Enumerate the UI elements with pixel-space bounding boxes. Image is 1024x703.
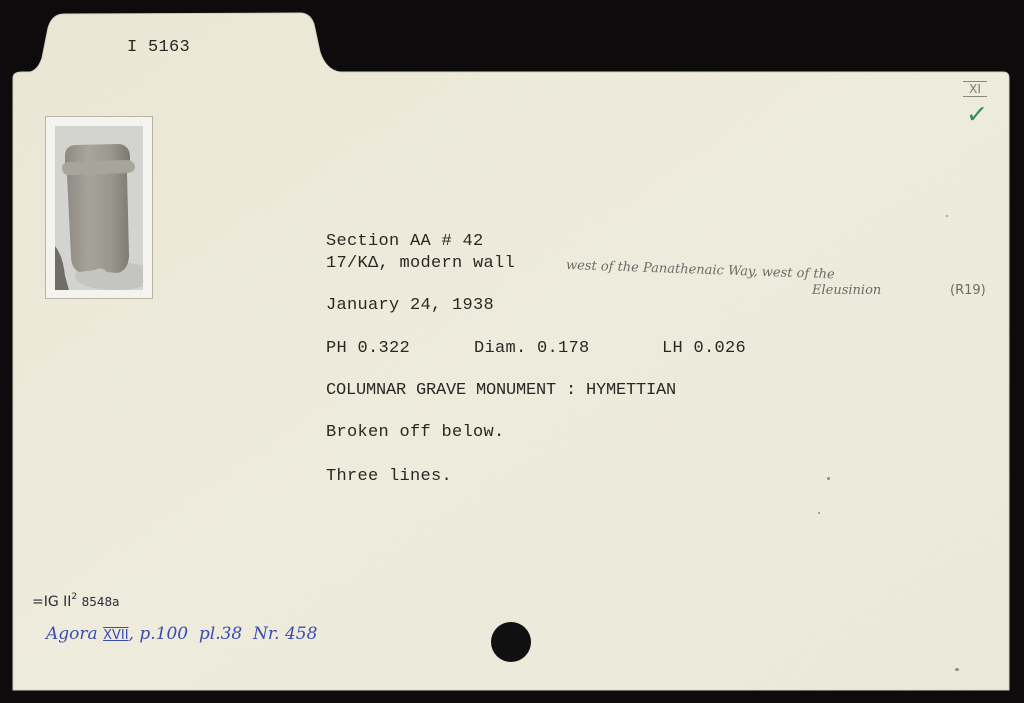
ph-measurement: PH 0.322 bbox=[326, 339, 410, 359]
index-card: I 5163 XI ✓ bbox=[0, 0, 1024, 703]
agora-volume: XVII bbox=[103, 628, 128, 643]
paper-speck bbox=[946, 215, 948, 217]
section-line: Section AA # 42 bbox=[326, 232, 484, 252]
section-number: Section AA # 42 bbox=[326, 232, 484, 251]
ig-ref-number: 8548a bbox=[82, 595, 120, 609]
object-title: COLUMNAR GRAVE MONUMENT : HYMETTIAN bbox=[326, 381, 676, 401]
columnar-monument-photo-icon bbox=[55, 126, 143, 290]
date-line: January 24, 1938 bbox=[326, 296, 494, 316]
photo-mount bbox=[45, 116, 153, 299]
punch-hole bbox=[491, 622, 531, 662]
handwritten-location-note-line2: Eleusinion bbox=[812, 283, 881, 298]
condition-line: Broken off below. bbox=[326, 423, 505, 443]
inscription-line: Three lines. bbox=[326, 467, 452, 487]
roman-numeral-mark: XI bbox=[963, 81, 987, 97]
ig-ref-prefix: =IG II bbox=[32, 594, 71, 610]
ig-reference: =IG II2 8548a bbox=[32, 594, 120, 610]
findspot-line: 17/KΔ, modern wall bbox=[326, 254, 515, 274]
paper-speck bbox=[827, 477, 830, 480]
grid-reference: (R19) bbox=[950, 283, 986, 298]
paper-speck bbox=[818, 512, 820, 514]
agora-reference: Agora XVII, p.100 pl.38 Nr. 458 bbox=[46, 624, 317, 644]
paper-speck bbox=[955, 668, 959, 671]
check-mark-icon: ✓ bbox=[965, 101, 989, 128]
letter-height-measurement: LH 0.026 bbox=[662, 339, 746, 359]
object-photo bbox=[55, 126, 143, 290]
catalog-number: I 5163 bbox=[127, 38, 190, 58]
agora-ref-prefix: Agora bbox=[46, 624, 103, 644]
ig-ref-superscript: 2 bbox=[71, 592, 77, 602]
agora-ref-pages: , p.100 pl.38 Nr. 458 bbox=[129, 624, 318, 644]
diameter-measurement: Diam. 0.178 bbox=[474, 339, 590, 359]
